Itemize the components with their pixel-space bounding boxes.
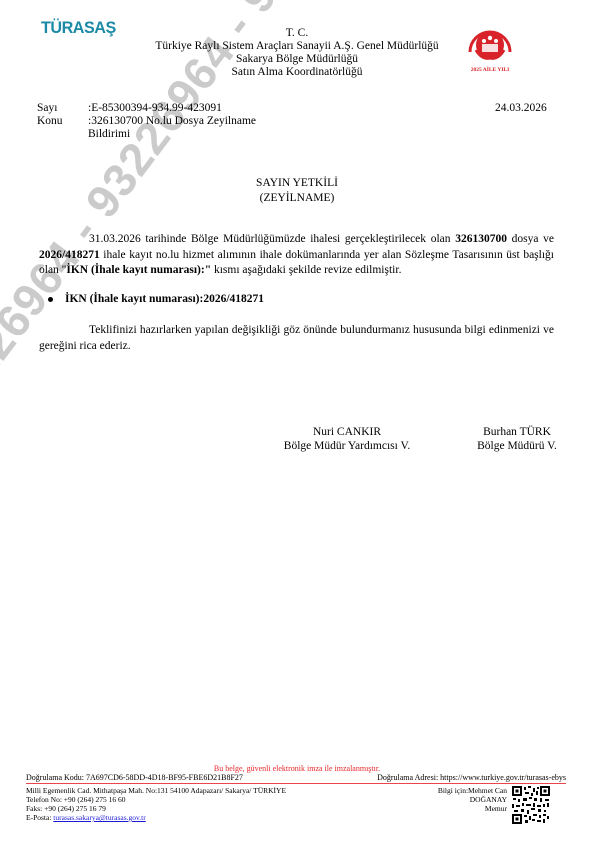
email-link[interactable]: turasas.sakarya@turasas.gov.tr <box>53 813 145 822</box>
document-meta: Sayı :E-85300394-934.99-423091 Konu :326… <box>37 102 268 141</box>
body-paragraph: 31.03.2026 tarihinde Bölge Müdürlüğümüzd… <box>39 232 554 279</box>
sayi-label: Sayı <box>37 102 88 115</box>
phone-line: Telefon No: +90 (264) 275 16 60 <box>26 795 286 804</box>
fax-line: Faks: +90 (264) 275 16 79 <box>26 804 286 813</box>
contact-line2: DOĞANAY <box>380 795 507 804</box>
bullet-icon <box>48 297 53 302</box>
signer-title: Bölge Müdürü V. <box>462 439 572 453</box>
signer-name: Burhan TÜRK <box>462 425 572 439</box>
signer-name: Nuri CANKIR <box>272 425 422 439</box>
salutation-line2: (ZEYİLNAME) <box>0 191 594 206</box>
contact-line3: Memur <box>380 804 507 813</box>
svg-text:2025 AİLE YILI: 2025 AİLE YILI <box>471 66 510 73</box>
verification-bar: Doğrulama Kodu: 7A697CD6-58DD-4D18-BF95-… <box>26 773 566 784</box>
email-label: E-Posta: <box>26 813 53 822</box>
bullet-item: İKN (İhale kayıt numarası):2026/418271 <box>48 293 264 305</box>
esign-notice: Bu belge, güvenli elektronik imza ile im… <box>0 764 594 773</box>
qr-code-icon <box>512 786 550 824</box>
signature-director: Burhan TÜRK Bölge Müdürü V. <box>462 425 572 453</box>
closing-text: Teklifinizi hazırlarken yapılan değişikl… <box>39 323 554 354</box>
closing-paragraph: Teklifinizi hazırlarken yapılan değişikl… <box>39 323 554 354</box>
konu-value: :326130700 No.lu Dosya Zeyilname Bildiri… <box>88 115 258 141</box>
signature-deputy: Nuri CANKIR Bölge Müdür Yardımcısı V. <box>272 425 422 453</box>
address-line: Milli Egemenlik Cad. Mithatpaşa Mah. No:… <box>26 786 286 795</box>
konu-label: Konu <box>37 115 88 141</box>
verify-address: Doğrulama Adresi: https://www.turkiye.go… <box>377 773 566 782</box>
email-line: E-Posta: turasas.sakarya@turasas.gov.tr <box>26 813 286 822</box>
salutation-line1: SAYIN YETKİLİ <box>0 176 594 191</box>
contact-line1: Bilgi için:Mehmet Can <box>380 786 507 795</box>
verify-code: Doğrulama Kodu: 7A697CD6-58DD-4D18-BF95-… <box>26 773 243 782</box>
body-text-g: kısmı aşağıdaki şekilde revize edilmişti… <box>211 264 401 276</box>
contact-info: Bilgi için:Mehmet Can DOĞANAY Memur <box>380 786 507 813</box>
family-year-emblem-icon: 2025 AİLE YILI <box>464 22 516 74</box>
body-text-c: dosya ve <box>507 233 554 245</box>
document-date: 24.03.2026 <box>495 102 547 114</box>
signer-title: Bölge Müdür Yardımcısı V. <box>272 439 422 453</box>
ikn-heading: İKN (İhale kayıt numarası):" <box>66 264 211 276</box>
ikn-number: 2026/418271 <box>39 249 100 261</box>
sayi-value: :E-85300394-934.99-423091 <box>88 102 268 115</box>
bullet-text: İKN (İhale kayıt numarası):2026/418271 <box>65 293 264 305</box>
file-number: 326130700 <box>455 233 507 245</box>
body-text-a: 31.03.2026 tarihinde Bölge Müdürlüğümüzd… <box>89 233 455 245</box>
salutation: SAYIN YETKİLİ (ZEYİLNAME) <box>0 176 594 206</box>
footer-address: Milli Egemenlik Cad. Mithatpaşa Mah. No:… <box>26 786 286 822</box>
